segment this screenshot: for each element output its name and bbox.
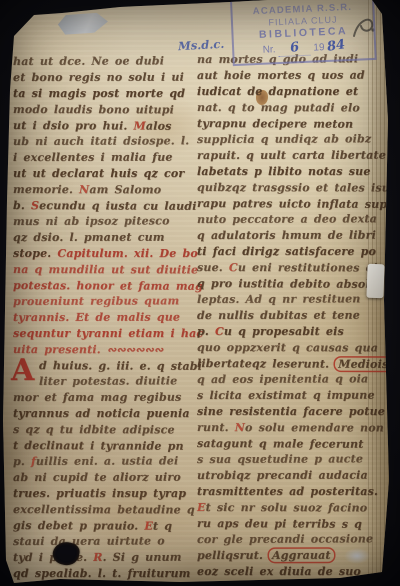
manuscript-line: i excellentes i malia fue	[13, 150, 193, 166]
manuscript-line: s licita existimat q impune	[197, 388, 377, 404]
stamp-line-academia: ACADEMIA R.S.R.	[253, 2, 353, 17]
stamp-nr-slot: 6	[278, 40, 311, 57]
manuscript-line: tyrannis. Et de malis que	[13, 310, 193, 326]
manuscript-line: uita presenti. ∾∾∾∾∾∾	[13, 342, 193, 358]
manuscript-line: ta si magis post morte qd	[13, 86, 193, 102]
manuscript-line: satagunt q male fecerunt	[197, 436, 377, 453]
rubricated-initial: A	[11, 356, 34, 386]
stamp-number-row: Nr. 6 19 84	[262, 38, 346, 58]
manuscript-line: leptas. Ad q nr restituen	[197, 291, 377, 308]
grey-smudge	[344, 548, 370, 564]
manuscript-line: quo oppzxerit q causas qua	[197, 340, 377, 356]
manuscript-line: q adulatoris hmum de libri	[197, 228, 377, 244]
manuscript-line: sequntur tyranni etiam i hac	[13, 326, 193, 342]
manuscript-line: labetats p libito notas sue	[197, 164, 377, 180]
manuscript-line: b. Secundu q iusta cu laudi	[13, 198, 193, 215]
manuscript-line: iudicat de dapnatione et	[197, 84, 377, 100]
text-column-right: na mortes q gdo ad iudiaut hoie mortes q…	[197, 52, 377, 580]
manuscript-line: gis debet p prauio. Et q	[13, 518, 193, 535]
manuscript-line: de nullis dubitas et tene	[197, 308, 377, 324]
manuscript-line: mor et fama mag regibus	[13, 390, 193, 406]
manuscript-line: libertateqz leserunt. Mediois	[197, 356, 377, 373]
manuscript-line: utrobiqz precandi audacia	[197, 468, 377, 484]
manuscript-line: sue. Cu eni restitutiones oia	[197, 260, 377, 276]
manuscript-line: trues. priuatis insup tyrap	[13, 486, 193, 502]
manuscript-line: et bono regis no solu i ui	[13, 70, 193, 86]
library-stamp: ACADEMIA R.S.R. FILIALA CLUJ BIBLIOTECA …	[229, 0, 376, 66]
manuscript-line: ut ut declarat huis qz cor	[13, 166, 193, 182]
manuscript-line: p. fuillis eni. a. ustia dei	[13, 453, 193, 470]
shelfmark-note: Ms.d.c.	[178, 37, 225, 53]
manuscript-line: supplicia q undiqz ab oibz	[197, 131, 377, 148]
manuscript-line: nat. q to mag putadi elo	[197, 100, 377, 116]
manuscript-line: hat ut dce. Ne oe dubi	[13, 53, 193, 70]
parchment-leaf: hat ut dce. Ne oe dubiet bono regis no s…	[0, 0, 400, 586]
manuscript-line: Et sic nr solu suoz facino	[197, 500, 377, 516]
manuscript-line: qd spealiab. l. t. fruiturum	[13, 566, 193, 582]
manuscript-line: na q mundilia ut sut diuitie	[13, 262, 193, 278]
manuscript-line: ub ni auch itati dsiospe. l.	[13, 133, 193, 150]
manuscript-line: eoz sceli ex diuia de suo	[197, 564, 377, 580]
manuscript-line: tyrannus ad noticia puenia	[13, 406, 193, 422]
manuscript-line: excellentissima betaudine q	[13, 502, 193, 518]
stamp-nr-label: Nr.	[262, 44, 275, 56]
manuscript-line: mus ni ab ipsoz pitesco	[13, 213, 193, 230]
manuscript-line: nuto peccatore a deo dexta	[197, 211, 377, 228]
stamp-nr-value: 6	[289, 40, 300, 56]
stamp-year-prefix: 19	[313, 42, 325, 53]
manuscript-line: quibzqz trasgssio et tales isup	[197, 180, 377, 196]
manuscript-line: staui da uera uirtute o	[13, 533, 193, 550]
manuscript-line: d huius. g. iii. e. q stabi	[13, 358, 193, 375]
manuscript-line: rapu patres uicto inflata sup	[197, 196, 377, 213]
manuscript-line: t declinaut i tyrannide pn	[13, 438, 193, 455]
manuscript-line: modo laudis bono uitupi	[13, 102, 193, 118]
manuscript-line: s qz q tu idbite adipisce	[13, 422, 193, 438]
manuscript-line: ru aps deu pi terribs s q	[197, 516, 377, 533]
repair-patch	[57, 10, 109, 37]
manuscript-line: p. Cu q propesabit eis	[197, 324, 377, 340]
manuscript-line: runt. No solu emendare non	[197, 420, 377, 436]
stamp-year-value: 84	[327, 37, 347, 55]
manuscript-line: s sua qsuetudine p aucte	[197, 451, 377, 468]
manuscript-line: sine resistentia facere potue	[197, 404, 377, 420]
manuscript-line: stope. Capitulum. xii. De bo	[13, 246, 193, 262]
manuscript-line: trasmittentes ad posteritas.	[197, 484, 377, 500]
page-edge-tab	[366, 264, 384, 299]
manuscript-line: liter potestas. diuitie	[13, 373, 193, 390]
manuscript-photo: hat ut dce. Ne oe dubiet bono regis no s…	[0, 0, 400, 586]
manuscript-line: qz dsio. l. pmanet cum	[13, 230, 193, 246]
manuscript-line: ti faci dirigz satisfacere po	[197, 244, 377, 260]
manuscript-line: memorie. Nam Salomo	[13, 182, 193, 198]
manuscript-line: ab ni cupid te aliorz uiro	[13, 470, 193, 486]
manuscript-line: tyrapnu decipere meton	[197, 116, 377, 133]
text-column-left: hat ut dce. Ne oe dubiet bono regis no s…	[13, 54, 193, 582]
manuscript-line: q ad eos ipenitentia q oia	[197, 371, 377, 388]
manuscript-line: ut i dsio pro hui. Malos	[13, 118, 193, 135]
manuscript-line: aut hoie mortes q uos ad	[197, 68, 377, 84]
manuscript-line: q pro iustitia debito absolu	[197, 276, 377, 293]
manuscript-line: proueniunt regibus quam	[13, 293, 193, 310]
manuscript-line: tyd i psete. R. Si g unum	[13, 550, 193, 566]
manuscript-line: rapuit. q uult carta libertate	[197, 148, 377, 164]
manuscript-line: potestas. honor et fama mag	[13, 278, 193, 295]
manuscript-line: cor gle precandi occasione	[197, 531, 377, 548]
